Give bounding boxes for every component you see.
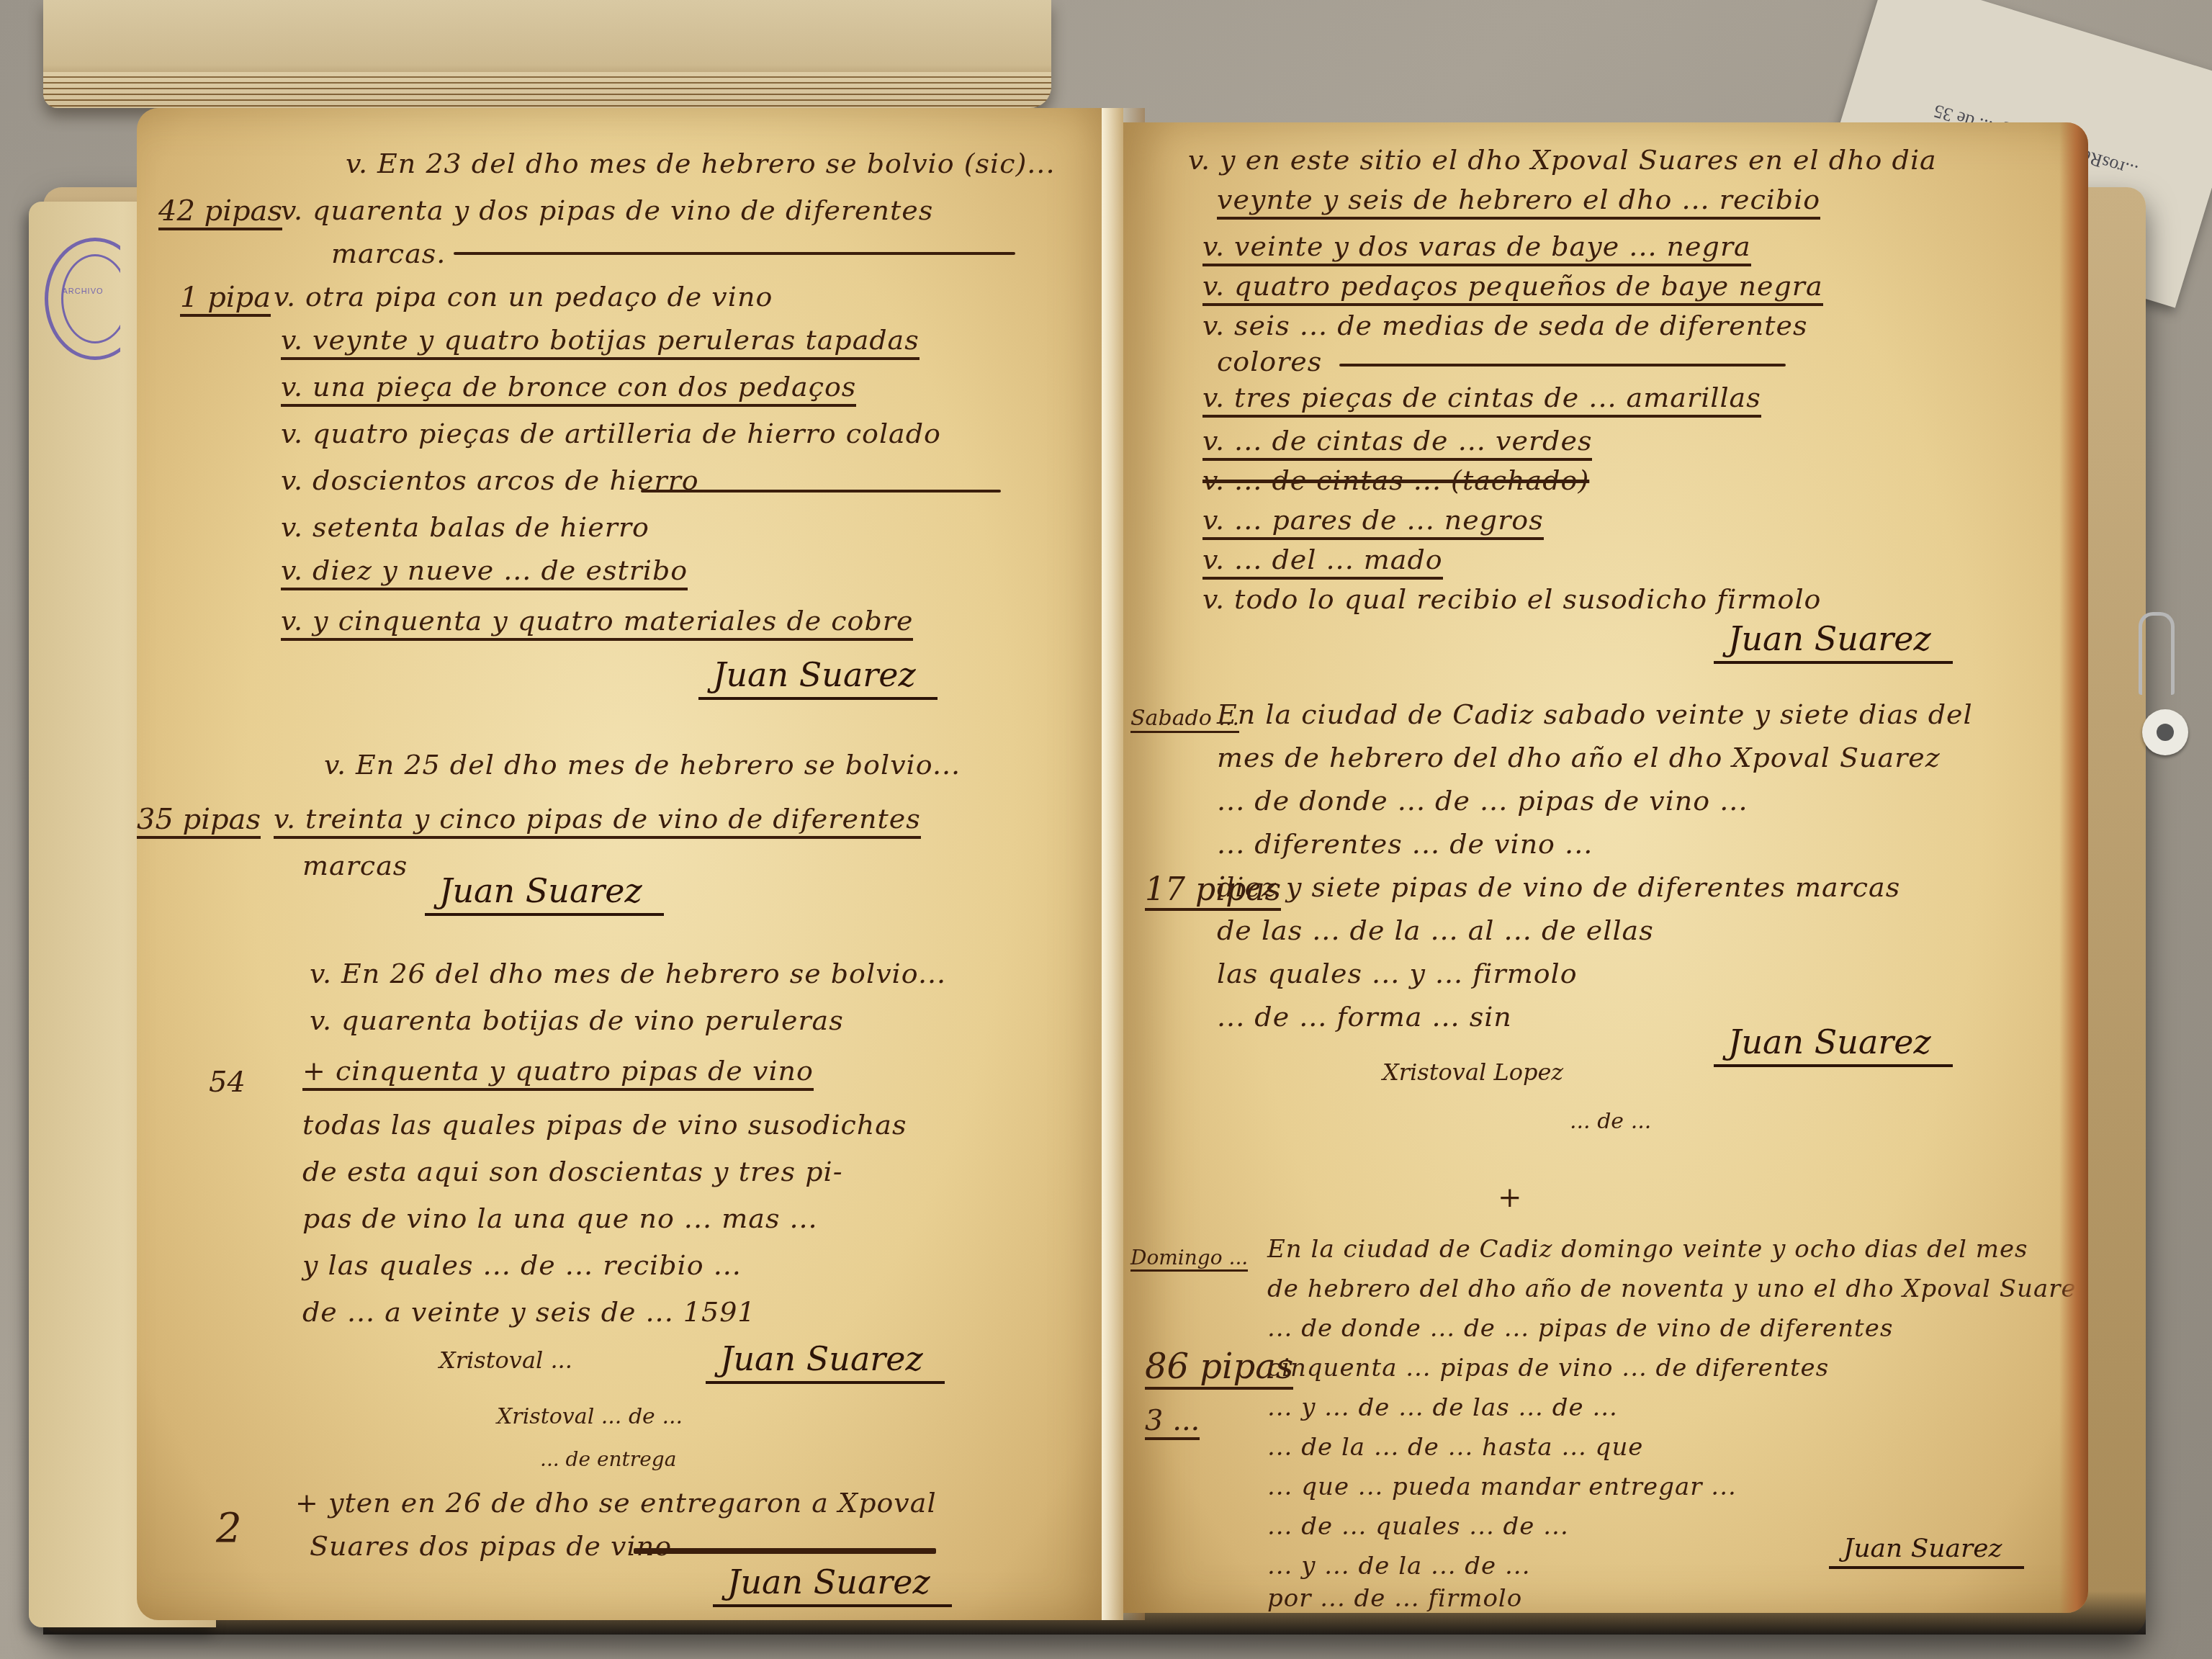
entry-line: v. todo lo qual recibio el susodicho fir…	[1202, 583, 1821, 615]
entry-line: cinquenta ... pipas de vino ... de difer…	[1267, 1354, 1829, 1382]
entry-line: diez y siete pipas de vino de diferentes…	[1217, 871, 1900, 903]
entry-line: ... que ... pueda mandar entregar ...	[1267, 1473, 1737, 1501]
stamp-text: ARCHIVO	[54, 287, 112, 296]
margin-note: 54	[209, 1066, 246, 1099]
entry-line: v. quatro pedaços pequeños de baye negra	[1202, 270, 1823, 306]
entry-line: En la ciudad de Cadiz domingo veinte y o…	[1267, 1235, 2028, 1264]
entry-line: Suares dos pipas de vino	[310, 1530, 672, 1562]
witness-note: ... de ...	[1570, 1109, 1651, 1134]
entry-line: v. doscientos arcos de hierro	[281, 464, 699, 496]
entry-line: pas de vino la una que no ... mas ...	[302, 1202, 818, 1234]
signature: Juan Suarez	[1829, 1534, 2024, 1569]
entry-line: v. seis ... de medias de seda de diferen…	[1202, 310, 1808, 341]
entry-line: ... de donde ... de ... pipas de vino ..…	[1217, 785, 1748, 817]
entry-line: marcas	[302, 850, 408, 881]
entry-line: ... de donde ... de ... pipas de vino de…	[1267, 1314, 1893, 1343]
left-page: v. En 23 del dho mes de hebrero se bolvi…	[137, 108, 1123, 1620]
ink-rule	[641, 490, 1001, 493]
margin-note: 35 pipas	[137, 803, 261, 839]
entry-line: y las quales ... de ... recibio ...	[302, 1249, 742, 1281]
entry-line: + yten en 26 de dho se entregaron a Xpov…	[295, 1487, 937, 1519]
entry-line: veynte y seis de hebrero el dho ... reci…	[1217, 184, 1820, 220]
entry-line: v. quarenta y dos pipas de vino de difer…	[281, 194, 933, 226]
entry-line: En la ciudad de Cadiz sabado veinte y si…	[1217, 698, 1973, 730]
entry-line: v. ... pares de ... negros	[1202, 504, 1544, 540]
witness-note: Xristoval ...	[439, 1346, 572, 1374]
entry-line: v. treinta y cinco pipas de vino de dife…	[274, 803, 921, 839]
entry-line: de las ... de la ... al ... de ellas	[1217, 914, 1654, 946]
grommet-icon	[2142, 709, 2188, 755]
entry-line: de ... a veinte y seis de ... 1591	[302, 1296, 756, 1328]
witness-note: Xristoval ... de ...	[497, 1404, 683, 1429]
binder-clip-icon	[2139, 612, 2175, 695]
entry-line: mes de hebrero del dho año el dho Xpoval…	[1217, 742, 1941, 773]
entry-line: ... de la ... de ... hasta ... que	[1267, 1433, 1643, 1462]
cross-mark: +	[1498, 1181, 1522, 1214]
entry-line: todas las quales pipas de vino susodicha…	[302, 1109, 907, 1141]
entry-line: de hebrero del dho año de noventa y uno …	[1267, 1274, 2088, 1303]
margin-note: 1 pipa	[180, 281, 271, 317]
signature: Juan Suarez	[706, 1339, 945, 1384]
entry-line: v. otra pipa con un pedaço de vino	[274, 281, 773, 313]
entry-line: v. tres pieças de cintas de ... amarilla…	[1202, 382, 1761, 418]
signature: Juan Suarez	[713, 1563, 952, 1607]
entry-line: v. veinte y dos varas de baye ... negra	[1202, 230, 1751, 266]
signature: Juan Suarez	[1714, 619, 1953, 664]
entry-line: v. quatro pieças de artilleria de hierro…	[281, 418, 941, 449]
entry-line: v. y en este sitio el dho Xpoval Suares …	[1188, 144, 1937, 176]
ink-rule	[1339, 364, 1786, 367]
entry-line: ... y ... de la ... de ...	[1267, 1552, 1530, 1581]
entry-line: ... de ... quales ... de ...	[1267, 1512, 1569, 1541]
entry-line: ... y ... de ... de las ... de ...	[1267, 1393, 1618, 1422]
entry-line: v. En 25 del dho mes de hebrero se bolvi…	[324, 749, 961, 781]
entry-line: ... de ... forma ... sin	[1217, 1001, 1512, 1033]
entry-line: v. En 23 del dho mes de hebrero se bolvi…	[346, 148, 1056, 179]
entry-line: las quales ... y ... firmolo	[1217, 958, 1578, 989]
signature: Juan Suarez	[1714, 1022, 1953, 1067]
entry-line: v. una pieça de bronce con dos pedaços	[281, 371, 856, 407]
entry-line: ... diferentes ... de vino ...	[1217, 828, 1593, 860]
entry-line: de esta aqui son doscientas y tres pi-	[302, 1156, 842, 1187]
entry-line: v. setenta balas de hierro	[281, 511, 649, 543]
signature: Juan Suarez	[698, 655, 938, 700]
signature: Juan Suarez	[425, 871, 664, 916]
entry-line: v. ... del ... mado	[1202, 544, 1443, 580]
witness-note: ... de entrega	[540, 1447, 676, 1471]
entry-line: v. quarenta botijas de vino peruleras	[310, 1004, 844, 1036]
margin-note: 3 ...	[1145, 1404, 1200, 1440]
entry-line: por ... de ... firmolo	[1267, 1584, 1522, 1613]
ink-rule	[454, 252, 1015, 255]
entry-line: v. En 26 del dho mes de hebrero se bolvi…	[310, 958, 946, 989]
entry-line: + cinquenta y quatro pipas de vino	[302, 1055, 814, 1091]
witness-note: Xristoval Lopez	[1382, 1058, 1563, 1086]
ink-rule	[634, 1548, 936, 1554]
margin-note: 42 pipas	[158, 194, 282, 230]
entry-line: v. diez y nueve ... de estribo	[281, 554, 688, 590]
background-paper-stack	[43, 0, 1051, 108]
entry-line: marcas.	[331, 238, 446, 269]
entry-line: colores	[1217, 346, 1322, 377]
entry-line: v. y cinquenta y quatro materiales de co…	[281, 605, 913, 641]
entry-line: v. veynte y quatro botijas peruleras tap…	[281, 324, 920, 360]
margin-note: 2	[216, 1505, 242, 1552]
margin-note: Domingo ...	[1130, 1246, 1248, 1272]
struck-entry-line: v. ... de cintas ... (tachado)	[1202, 464, 1589, 496]
right-page: v. y en este sitio el dho Xpoval Suares …	[1123, 122, 2088, 1613]
entry-line: v. ... de cintas de ... verdes	[1202, 425, 1592, 461]
